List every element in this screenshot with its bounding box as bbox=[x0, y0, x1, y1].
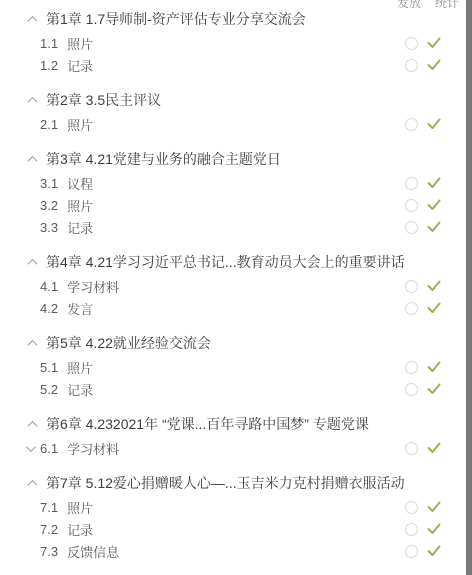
course-outline-page: 发放 统计 第1章 1.7导师制-资产评估专业分享交流会 1.1 照片 1.2 … bbox=[0, 0, 472, 575]
tab-distribute[interactable]: 发放 bbox=[397, 0, 421, 11]
topbar: 发放 统计 bbox=[397, 0, 459, 11]
check-icon bbox=[427, 37, 441, 49]
check-icon bbox=[427, 501, 441, 513]
row-status bbox=[405, 199, 441, 212]
circle-icon bbox=[405, 545, 418, 558]
lesson-title: 照片 bbox=[67, 358, 93, 377]
chapter-items: 1.1 照片 1.2 记录 bbox=[0, 32, 472, 76]
lesson-number: 6.1 bbox=[40, 441, 58, 456]
circle-icon bbox=[405, 383, 418, 396]
lesson-title: 记录 bbox=[67, 56, 93, 75]
chapter-title: 第4章 4.21学习习近平总书记...教育动员大会上的重要讲话 bbox=[46, 252, 405, 272]
chapter-section: 第3章 4.21党建与业务的融合主题党日 3.1 议程 3.2 照片 3.3 记… bbox=[0, 146, 472, 238]
lesson-title: 议程 bbox=[67, 174, 93, 193]
check-icon bbox=[427, 523, 441, 535]
check-icon bbox=[427, 221, 441, 233]
lesson-row-3.1[interactable]: 3.1 议程 bbox=[0, 172, 472, 194]
lesson-number: 4.2 bbox=[40, 301, 58, 316]
chapter-header-3[interactable]: 第3章 4.21党建与业务的融合主题党日 bbox=[0, 146, 472, 172]
circle-icon bbox=[405, 37, 418, 50]
lesson-number: 7.3 bbox=[40, 544, 58, 559]
row-status bbox=[405, 361, 441, 374]
check-icon bbox=[427, 383, 441, 395]
lesson-row-2.1[interactable]: 2.1 照片 bbox=[0, 113, 472, 135]
chapter-title: 第7章 5.12爱心捐赠暖人心—...玉吉米力克村捐赠衣服活动 bbox=[46, 473, 405, 493]
lesson-row-7.1[interactable]: 7.1 照片 bbox=[0, 496, 472, 518]
chevron-up-icon[interactable] bbox=[28, 339, 38, 349]
chapter-section: 第2章 3.5民主评议 2.1 照片 bbox=[0, 87, 472, 135]
row-status bbox=[405, 280, 441, 293]
lesson-number: 1.1 bbox=[40, 36, 58, 51]
chapter-header-2[interactable]: 第2章 3.5民主评议 bbox=[0, 87, 472, 113]
lesson-number: 3.1 bbox=[40, 176, 58, 191]
chapter-header-5[interactable]: 第5章 4.22就业经验交流会 bbox=[0, 330, 472, 356]
lesson-number: 5.2 bbox=[40, 382, 58, 397]
lesson-number: 3.2 bbox=[40, 198, 58, 213]
row-status bbox=[405, 383, 441, 396]
row-status bbox=[405, 59, 441, 72]
chevron-up-icon[interactable] bbox=[28, 96, 38, 106]
lesson-number: 1.2 bbox=[40, 58, 58, 73]
lesson-title: 发言 bbox=[67, 299, 93, 318]
row-status bbox=[405, 37, 441, 50]
chapter-section: 第5章 4.22就业经验交流会 5.1 照片 5.2 记录 bbox=[0, 330, 472, 400]
row-status bbox=[405, 523, 441, 536]
chapter-items: 2.1 照片 bbox=[0, 113, 472, 135]
lesson-row-1.1[interactable]: 1.1 照片 bbox=[0, 32, 472, 54]
row-status bbox=[405, 442, 441, 455]
lesson-number: 3.3 bbox=[40, 220, 58, 235]
lesson-row-1.2[interactable]: 1.2 记录 bbox=[0, 54, 472, 76]
check-icon bbox=[427, 199, 441, 211]
chapter-title: 第5章 4.22就业经验交流会 bbox=[46, 333, 211, 353]
row-status bbox=[405, 545, 441, 558]
check-icon bbox=[427, 118, 441, 130]
lesson-title: 记录 bbox=[67, 380, 93, 399]
chapter-items: 3.1 议程 3.2 照片 3.3 记录 bbox=[0, 172, 472, 238]
chapter-section: 第4章 4.21学习习近平总书记...教育动员大会上的重要讲话 4.1 学习材料… bbox=[0, 249, 472, 319]
lesson-title: 照片 bbox=[67, 115, 93, 134]
chapter-items: 4.1 学习材料 4.2 发言 bbox=[0, 275, 472, 319]
chapter-items: 7.1 照片 7.2 记录 7.3 反馈信息 bbox=[0, 496, 472, 562]
circle-icon bbox=[405, 523, 418, 536]
lesson-number: 4.1 bbox=[40, 279, 58, 294]
chapter-items: 6.1 学习材料 bbox=[0, 437, 472, 459]
lesson-title: 记录 bbox=[67, 218, 93, 237]
lesson-title: 照片 bbox=[67, 498, 93, 517]
circle-icon bbox=[405, 442, 418, 455]
chapter-title: 第3章 4.21党建与业务的融合主题党日 bbox=[46, 149, 281, 169]
lesson-row-5.2[interactable]: 5.2 记录 bbox=[0, 378, 472, 400]
chapter-section: 第7章 5.12爱心捐赠暖人心—...玉吉米力克村捐赠衣服活动 7.1 照片 7… bbox=[0, 470, 472, 562]
check-icon bbox=[427, 361, 441, 373]
chapter-list: 第1章 1.7导师制-资产评估专业分享交流会 1.1 照片 1.2 记录 第2章… bbox=[0, 0, 472, 562]
circle-icon bbox=[405, 302, 418, 315]
chapter-section: 第6章 4.232021年 “党课...百年寻路中国梦” 专题党课 6.1 学习… bbox=[0, 411, 472, 459]
lesson-row-3.3[interactable]: 3.3 记录 bbox=[0, 216, 472, 238]
lesson-row-4.2[interactable]: 4.2 发言 bbox=[0, 297, 472, 319]
chapter-header-7[interactable]: 第7章 5.12爱心捐赠暖人心—...玉吉米力克村捐赠衣服活动 bbox=[0, 470, 472, 496]
chapter-items: 5.1 照片 5.2 记录 bbox=[0, 356, 472, 400]
lesson-row-6.1[interactable]: 6.1 学习材料 bbox=[0, 437, 472, 459]
row-status bbox=[405, 177, 441, 190]
lesson-title: 照片 bbox=[67, 196, 93, 215]
circle-icon bbox=[405, 59, 418, 72]
circle-icon bbox=[405, 177, 418, 190]
chapter-header-4[interactable]: 第4章 4.21学习习近平总书记...教育动员大会上的重要讲话 bbox=[0, 249, 472, 275]
lesson-row-7.2[interactable]: 7.2 记录 bbox=[0, 518, 472, 540]
row-status bbox=[405, 302, 441, 315]
chapter-title: 第1章 1.7导师制-资产评估专业分享交流会 bbox=[46, 9, 306, 29]
circle-icon bbox=[405, 280, 418, 293]
lesson-title: 学习材料 bbox=[67, 439, 119, 458]
lesson-title: 学习材料 bbox=[67, 277, 119, 296]
circle-icon bbox=[405, 199, 418, 212]
chevron-up-icon[interactable] bbox=[28, 420, 38, 430]
circle-icon bbox=[405, 361, 418, 374]
check-icon bbox=[427, 177, 441, 189]
check-icon bbox=[427, 59, 441, 71]
chevron-up-icon[interactable] bbox=[28, 155, 38, 165]
lesson-title: 反馈信息 bbox=[67, 542, 119, 561]
row-status bbox=[405, 221, 441, 234]
lesson-row-3.2[interactable]: 3.2 照片 bbox=[0, 194, 472, 216]
chevron-down-icon[interactable] bbox=[26, 442, 36, 452]
lesson-number: 7.2 bbox=[40, 522, 58, 537]
check-icon bbox=[427, 280, 441, 292]
check-icon bbox=[427, 442, 441, 454]
circle-icon bbox=[405, 118, 418, 131]
chapter-title: 第6章 4.232021年 “党课...百年寻路中国梦” 专题党课 bbox=[46, 414, 369, 434]
lesson-number: 5.1 bbox=[40, 360, 58, 375]
chevron-up-icon[interactable] bbox=[28, 479, 38, 489]
chevron-up-icon[interactable] bbox=[28, 258, 38, 268]
check-icon bbox=[427, 545, 441, 557]
lesson-number: 7.1 bbox=[40, 500, 58, 515]
chapter-title: 第2章 3.5民主评议 bbox=[46, 90, 161, 110]
check-icon bbox=[427, 302, 441, 314]
scrollbar[interactable] bbox=[466, 0, 472, 575]
circle-icon bbox=[405, 501, 418, 514]
row-status bbox=[405, 118, 441, 131]
lesson-title: 记录 bbox=[67, 520, 93, 539]
tab-statistics[interactable]: 统计 bbox=[435, 0, 459, 11]
circle-icon bbox=[405, 221, 418, 234]
chapter-section: 第1章 1.7导师制-资产评估专业分享交流会 1.1 照片 1.2 记录 bbox=[0, 6, 472, 76]
lesson-number: 2.1 bbox=[40, 117, 58, 132]
lesson-title: 照片 bbox=[67, 34, 93, 53]
row-status bbox=[405, 501, 441, 514]
chapter-header-6[interactable]: 第6章 4.232021年 “党课...百年寻路中国梦” 专题党课 bbox=[0, 411, 472, 437]
lesson-row-7.3[interactable]: 7.3 反馈信息 bbox=[0, 540, 472, 562]
lesson-row-4.1[interactable]: 4.1 学习材料 bbox=[0, 275, 472, 297]
lesson-row-5.1[interactable]: 5.1 照片 bbox=[0, 356, 472, 378]
chevron-up-icon[interactable] bbox=[28, 15, 38, 25]
